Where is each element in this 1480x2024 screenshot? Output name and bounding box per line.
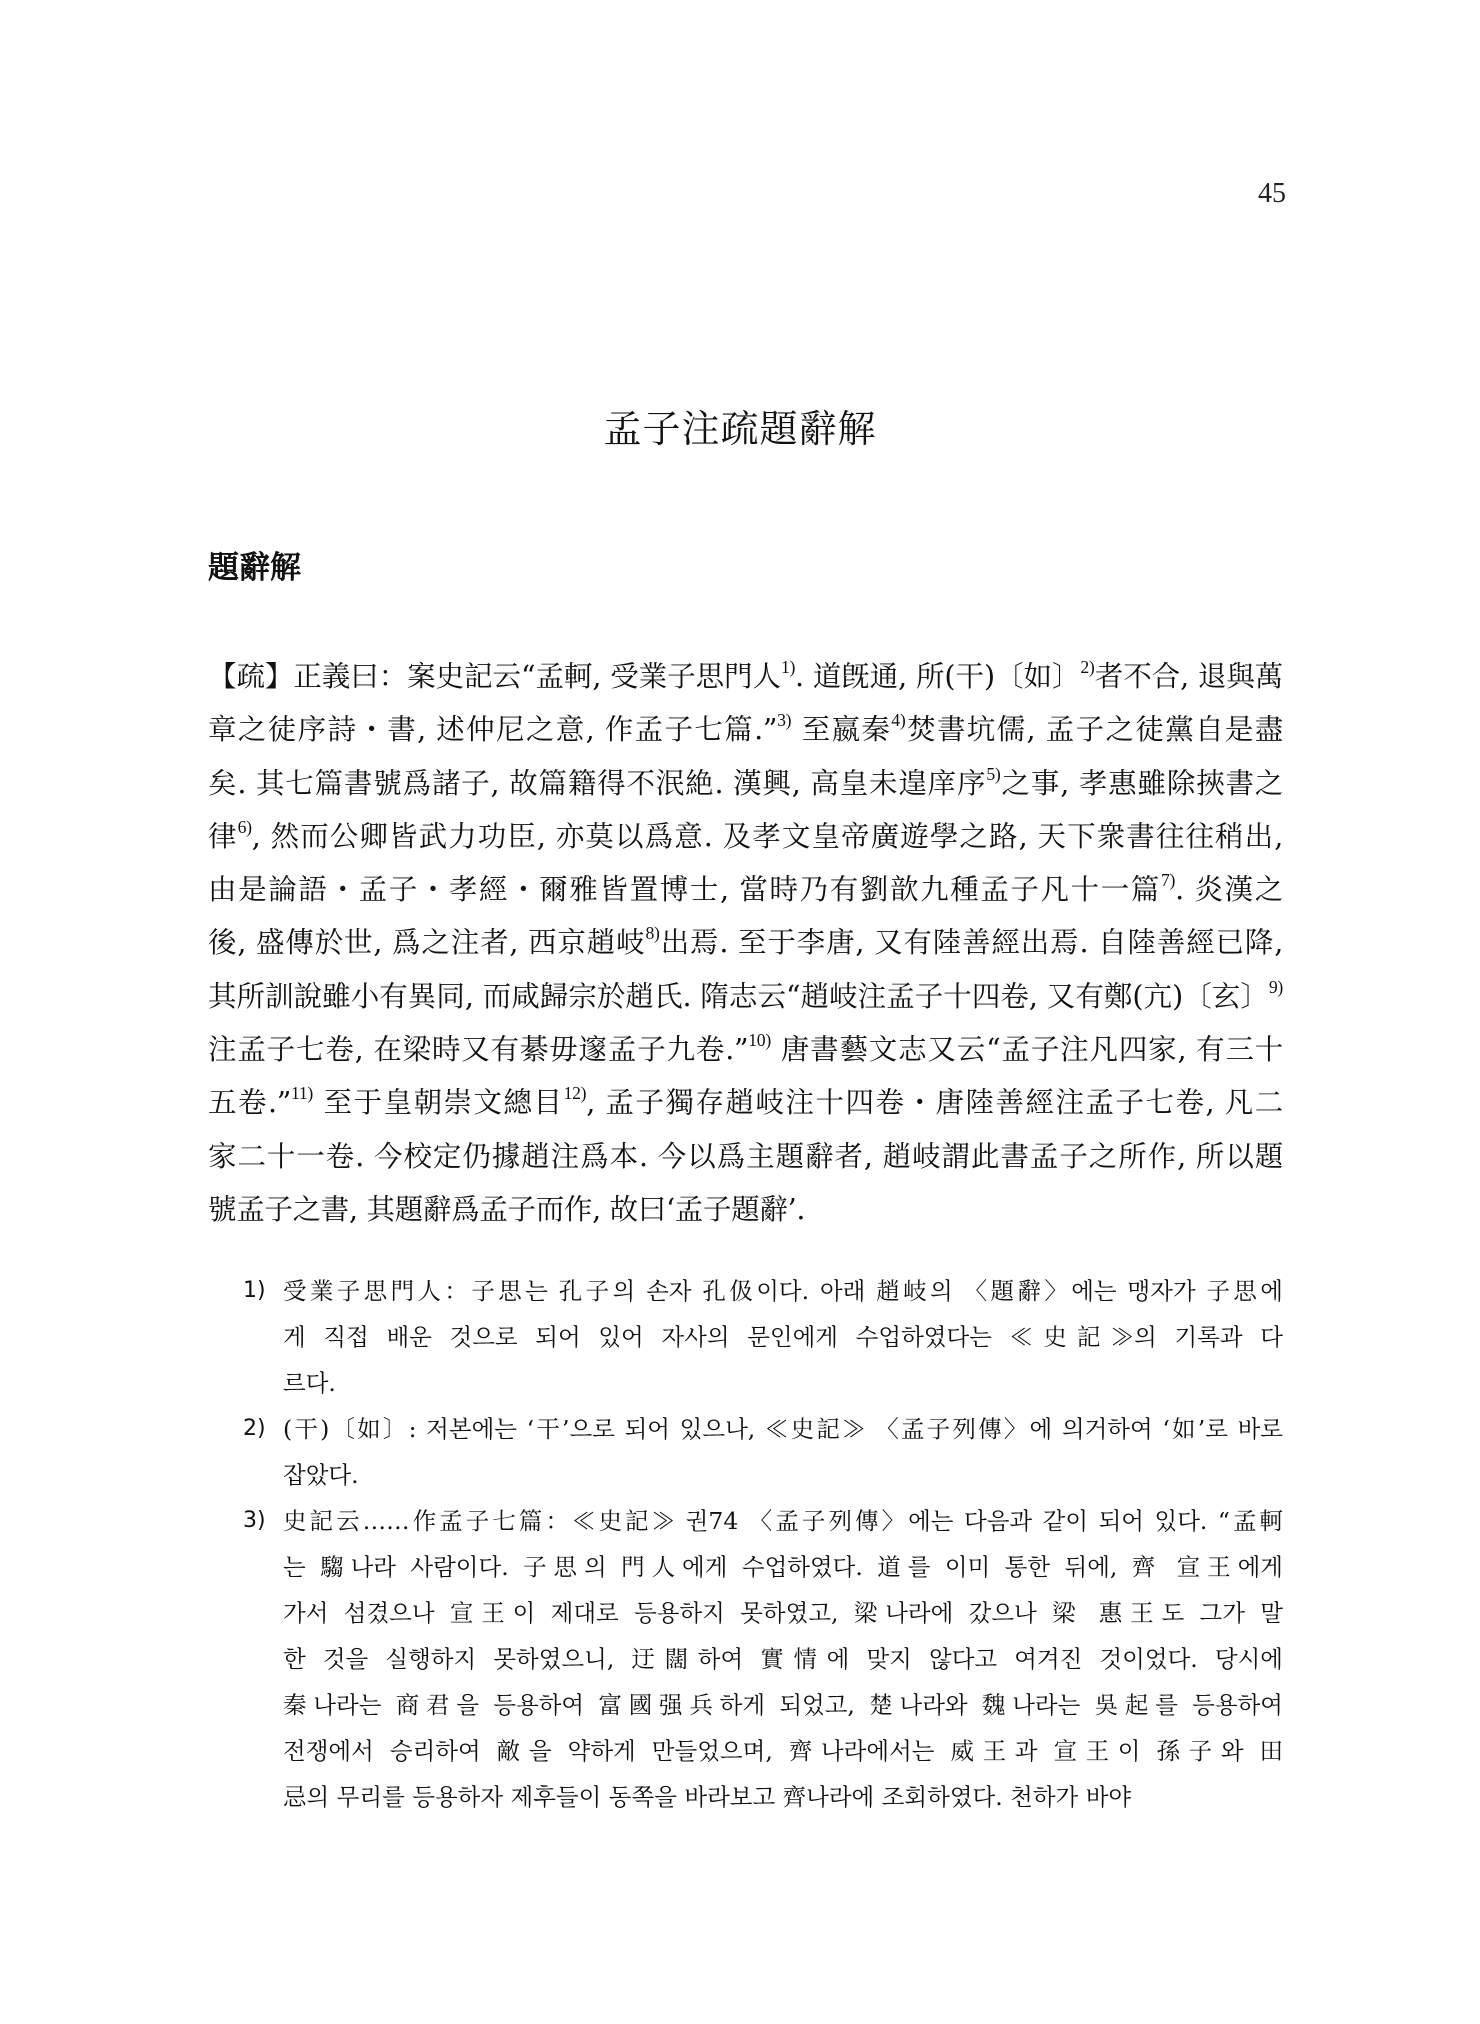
footnote-ref[interactable]: 6) [238, 817, 252, 837]
commentary-body: 【疏】正義曰：案史記云“孟軻, 受業子思門人1). 道旣通, 所(干)〔如〕2)… [208, 650, 1283, 1236]
footnote-ref[interactable]: 2) [1080, 657, 1094, 677]
footnote-number: 1) [243, 1268, 266, 1314]
footnotes: 1)受業子思門人：子思는 孔子의 손자 孔伋이다. 아래 趙岐의 〈題辭〉에는 … [243, 1268, 1283, 1820]
footnote-ref[interactable]: 12) [564, 1083, 587, 1103]
section-heading: 題辭解 [208, 542, 301, 587]
body-text-segment: , 然而公卿皆武力功臣, 亦莫以爲意. 及孝文皇帝廣遊學之路, 天下衆書往往稍出… [252, 820, 1283, 853]
body-line: 由是論語・孟子・孝經・爾雅皆置博士, 當時乃有劉歆九種孟子凡十一篇7). 炎漢之 [208, 863, 1283, 916]
body-text-segment: 家二十一卷. 今校定仍據趙注爲本. 今以爲主題辭者, 趙岐謂此書孟子之所作, 所… [208, 1140, 1283, 1173]
footnote-line: 秦나라는 商君을 등용하여 富國强兵하게 되었고, 楚나라와 魏나라는 吳起를 … [283, 1682, 1283, 1728]
footnote-ref[interactable]: 3) [777, 710, 791, 730]
footnote-line: 한 것을 실행하지 못하였으니, 迂闊하여 實情에 맞지 않다고 여겨진 것이었… [283, 1636, 1283, 1682]
body-text-segment: 號孟子之書, 其題辭爲孟子而作, 故曰‘孟子題辭’. [208, 1193, 805, 1226]
footnote-ref[interactable]: 1) [781, 657, 795, 677]
body-text-segment: 唐書藝文志又云“孟子注凡四家, 有三十 [771, 1033, 1283, 1066]
footnote-ref[interactable]: 4) [891, 710, 905, 730]
body-line: 其所訓說雖小有異同, 而咸歸宗於趙氏. 隋志云“趙岐注孟子十四卷, 又有鄭(亢)… [208, 970, 1283, 1023]
footnote-ref[interactable]: 9) [1269, 977, 1283, 997]
body-text-segment: 律 [208, 820, 238, 853]
body-line: 後, 盛傳於世, 爲之注者, 西京趙岐8)出焉. 至于李唐, 又有陸善經出焉. … [208, 916, 1283, 969]
body-text-segment: 至嬴秦 [791, 713, 891, 746]
footnote: 3)史記云……作孟子七篇：≪史記≫ 권74 〈孟子列傳〉에는 다음과 같이 되어… [243, 1498, 1283, 1820]
footnote-line: 르다. [283, 1360, 1283, 1406]
body-line: 號孟子之書, 其題辭爲孟子而作, 故曰‘孟子題辭’. [208, 1183, 1283, 1236]
body-line: 矣. 其七篇書號爲諸子, 故篇籍得不泯絶. 漢興, 高皇未遑庠序5)之事, 孝惠… [208, 757, 1283, 810]
footnote-ref[interactable]: 11) [291, 1083, 313, 1103]
body-line: 家二十一卷. 今校定仍據趙注爲本. 今以爲主題辭者, 趙岐謂此書孟子之所作, 所… [208, 1130, 1283, 1183]
body-text-segment: 注孟子七卷, 在梁時又有綦毋邃孟子九卷.” [208, 1033, 748, 1066]
footnote-ref[interactable]: 7) [1161, 870, 1175, 890]
footnote-line: 잡았다. [283, 1452, 1283, 1498]
body-text-segment: 焚書坑儒, 孟子之徒黨自是盡 [905, 713, 1283, 746]
footnote-line: 史記云……作孟子七篇：≪史記≫ 권74 〈孟子列傳〉에는 다음과 같이 되어 있… [283, 1498, 1283, 1544]
body-line: 【疏】正義曰：案史記云“孟軻, 受業子思門人1). 道旣通, 所(干)〔如〕2)… [208, 650, 1283, 703]
body-line: 五卷.”11) 至于皇朝崇文總目12), 孟子獨存趙岐注十四卷・唐陸善經注孟子七… [208, 1076, 1283, 1129]
footnote-number: 2) [243, 1406, 266, 1452]
body-text-segment: 其所訓說雖小有異同, 而咸歸宗於趙氏. 隋志云“趙岐注孟子十四卷, 又有鄭(亢)… [208, 980, 1269, 1013]
body-text-segment: . 炎漢之 [1175, 873, 1283, 906]
body-text-segment: 由是論語・孟子・孝經・爾雅皆置博士, 當時乃有劉歆九種孟子凡十一篇 [208, 873, 1161, 906]
body-line: 注孟子七卷, 在梁時又有綦毋邃孟子九卷.”10) 唐書藝文志又云“孟子注凡四家,… [208, 1023, 1283, 1076]
footnote: 1)受業子思門人：子思는 孔子의 손자 孔伋이다. 아래 趙岐의 〈題辭〉에는 … [243, 1268, 1283, 1406]
body-text-segment: 五卷.” [208, 1086, 291, 1119]
footnote-ref[interactable]: 10) [748, 1030, 771, 1050]
body-line: 章之徒序詩・書, 述仲尼之意, 作孟子七篇.”3) 至嬴秦4)焚書坑儒, 孟子之… [208, 703, 1283, 756]
body-line: 律6), 然而公卿皆武力功臣, 亦莫以爲意. 及孝文皇帝廣遊學之路, 天下衆書往… [208, 810, 1283, 863]
footnote-line: 忌의 무리를 등용하자 제후들이 동쪽을 바라보고 齊나라에 조회하였다. 천하… [283, 1774, 1283, 1820]
footnote-number: 3) [243, 1498, 266, 1544]
footnote: 2)(干)〔如〕: 저본에는 ‘干’으로 되어 있으나, ≪史記≫ 〈孟子列傳〉… [243, 1406, 1283, 1498]
body-text-segment: 章之徒序詩・書, 述仲尼之意, 作孟子七篇.” [208, 713, 777, 746]
footnote-line: 受業子思門人：子思는 孔子의 손자 孔伋이다. 아래 趙岐의 〈題辭〉에는 맹자… [283, 1268, 1283, 1314]
footnote-ref[interactable]: 8) [645, 923, 659, 943]
body-text-segment: . 道旣通, 所(干)〔如〕 [795, 660, 1080, 693]
body-text-segment: 者不合, 退與萬 [1094, 660, 1283, 693]
page-number: 45 [1236, 178, 1286, 210]
footnote-line: 가서 섬겼으나 宣王이 제대로 등용하지 못하였고, 梁나라에 갔으나 梁 惠王… [283, 1590, 1283, 1636]
body-text-segment: , 孟子獨存趙岐注十四卷・唐陸善經注孟子七卷, 凡二 [586, 1086, 1283, 1119]
footnote-line: 는 騶나라 사람이다. 子思의 門人에게 수업하였다. 道를 이미 통한 뒤에,… [283, 1544, 1283, 1590]
footnote-line: (干)〔如〕: 저본에는 ‘干’으로 되어 있으나, ≪史記≫ 〈孟子列傳〉에 … [283, 1406, 1283, 1452]
body-text-segment: 【疏】正義曰：案史記云“孟軻, 受業子思門人 [208, 660, 781, 693]
document-title: 孟子注疏題辭解 [0, 398, 1480, 453]
footnote-line: 게 직접 배운 것으로 되어 있어 자사의 문인에게 수업하였다는 ≪史記≫의 … [283, 1314, 1283, 1360]
body-text-segment: 出焉. 至于李唐, 又有陸善經出焉. 自陸善經已降, [660, 926, 1283, 959]
body-text-segment: 矣. 其七篇書號爲諸子, 故篇籍得不泯絶. 漢興, 高皇未遑庠序 [208, 767, 986, 800]
body-text-segment: 之事, 孝惠雖除挾書之 [1000, 767, 1283, 800]
footnote-ref[interactable]: 5) [986, 763, 1000, 783]
footnote-line: 전쟁에서 승리하여 敵을 약하게 만들었으며, 齊나라에서는 威王과 宣王이 孫… [283, 1728, 1283, 1774]
body-text-segment: 後, 盛傳於世, 爲之注者, 西京趙岐 [208, 926, 645, 959]
body-text-segment: 至于皇朝崇文總目 [313, 1086, 564, 1119]
